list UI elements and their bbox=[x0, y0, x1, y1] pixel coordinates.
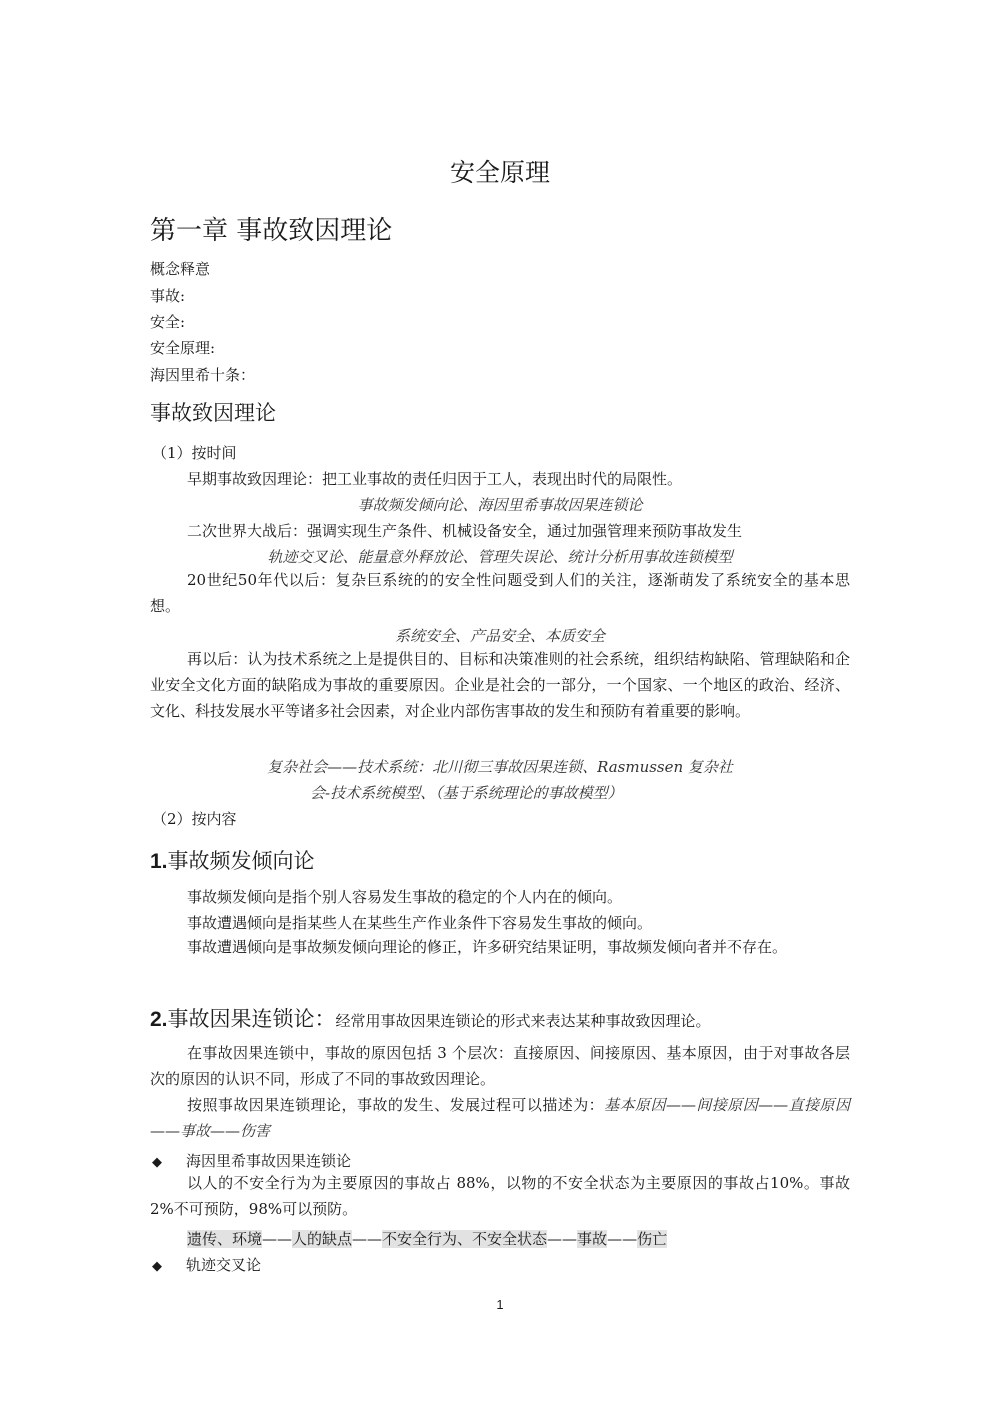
chain-dash: —— bbox=[607, 1230, 637, 1248]
page-number: 1 bbox=[0, 1297, 1000, 1312]
section2-heading: 2.事故因果连锁论：经常用事故因果连锁论的形式来表达某种事故致因理论。 bbox=[150, 1003, 711, 1033]
later-models-line2: 会-技术系统模型、（基于系统理论的事故模型） bbox=[310, 782, 623, 803]
by-time-label: （1）按时间 bbox=[152, 442, 237, 463]
section1-heading: 1.事故频发倾向论 bbox=[150, 845, 315, 875]
section-title: 事故致因理论 bbox=[150, 397, 276, 427]
chain-dash: —— bbox=[352, 1230, 382, 1248]
document-title: 安全原理 bbox=[0, 153, 1000, 189]
section1-number: 1. bbox=[150, 850, 168, 873]
chain-step-unsafe: 不安全行为、不安全状态 bbox=[382, 1230, 547, 1248]
section1-title: 事故频发倾向论 bbox=[168, 849, 315, 873]
section2-number: 2. bbox=[150, 1008, 168, 1031]
diamond-bullet-icon: ◆ bbox=[152, 1155, 186, 1170]
concepts-heading: 概念释意 bbox=[150, 258, 210, 279]
section2-p2: 按照事故因果连锁理论，事故的发生、发展过程可以描述为：基本原因——间接原因——直… bbox=[150, 1092, 850, 1144]
document-page: 安全原理 第一章 事故致因理论 概念释意 事故: 安全: 安全原理: 海因里希十… bbox=[0, 0, 1000, 1414]
concept-item-accident: 事故: bbox=[150, 285, 185, 306]
fifties-models: 系统安全、产品安全、本质安全 bbox=[0, 625, 1000, 646]
chain-dash: —— bbox=[547, 1230, 577, 1248]
concept-item-safety-principle: 安全原理: bbox=[150, 337, 215, 358]
chain-step-defect: 人的缺点 bbox=[292, 1230, 352, 1248]
bullet-trajectory-text: 轨迹交叉论 bbox=[186, 1256, 261, 1274]
concept-item-safety: 安全: bbox=[150, 311, 185, 332]
fifties-theory-text: 20世纪50年代以后：复杂巨系统的的安全性问题受到人们的关注，逐渐萌发了系统安全… bbox=[150, 567, 850, 619]
chain-step-heredity: 遗传、环境 bbox=[187, 1230, 262, 1248]
chain-step-casualty: 伤亡 bbox=[637, 1230, 667, 1248]
chain-step-accident: 事故 bbox=[577, 1230, 607, 1248]
concept-item-heinrich-ten: 海因里希十条： bbox=[150, 364, 255, 385]
section2-p2-prefix: 按照事故因果连锁理论，事故的发生、发展过程可以描述为： bbox=[187, 1096, 604, 1114]
heinrich-paragraph: 以人的不安全行为为主要原因的事故占 88%，以物的不安全状态为主要原因的事故占1… bbox=[150, 1170, 850, 1222]
section2-inline-text: 经常用事故因果连锁论的形式来表达某种事故致因理论。 bbox=[336, 1012, 711, 1030]
bullet-trajectory: ◆轨迹交叉论 bbox=[152, 1254, 261, 1275]
later-models-line1: 复杂社会——技术系统：北川彻三事故因果连锁、Rasmussen 复杂社 bbox=[0, 756, 1000, 777]
bullet-heinrich-text: 海因里希事故因果连锁论 bbox=[186, 1152, 351, 1170]
later-theory-text: 再以后：认为技术系统之上是提供目的、目标和决策准则的社会系统，组织结构缺陷、管理… bbox=[150, 646, 850, 724]
section1-p2: 事故遭遇倾向是指某些人在某些生产作业条件下容易发生事故的倾向。 bbox=[187, 912, 652, 933]
by-content-label: （2）按内容 bbox=[152, 808, 237, 829]
diamond-bullet-icon: ◆ bbox=[152, 1259, 186, 1274]
bullet-heinrich: ◆海因里希事故因果连锁论 bbox=[152, 1150, 351, 1171]
section2-p1: 在事故因果连锁中，事故的原因包括 3 个层次：直接原因、间接原因、基本原因，由于… bbox=[150, 1040, 850, 1092]
ww2-theory-text: 二次世界大战后：强调实现生产条件、机械设备安全，通过加强管理来预防事故发生 bbox=[187, 520, 742, 541]
section2-title: 事故因果连锁论： bbox=[168, 1007, 336, 1031]
heinrich-chain: 遗传、环境——人的缺点——不安全行为、不安全状态——事故——伤亡 bbox=[187, 1228, 667, 1249]
section1-p1: 事故频发倾向是指个别人容易发生事故的稳定的个人内在的倾向。 bbox=[187, 886, 622, 907]
ww2-models: 轨迹交叉论、能量意外释放论、管理失误论、统计分析用事故连锁模型 bbox=[0, 546, 1000, 567]
section1-p3: 事故遭遇倾向是事故频发倾向理论的修正，许多研究结果证明，事故频发倾向者并不存在。 bbox=[150, 934, 850, 960]
chain-dash: —— bbox=[262, 1230, 292, 1248]
early-models: 事故频发倾向论、海因里希事故因果连锁论 bbox=[0, 494, 1000, 515]
chapter-title: 第一章 事故致因理论 bbox=[150, 210, 392, 247]
early-theory-text: 早期事故致因理论：把工业事故的责任归因于工人，表现出时代的局限性。 bbox=[187, 468, 682, 489]
